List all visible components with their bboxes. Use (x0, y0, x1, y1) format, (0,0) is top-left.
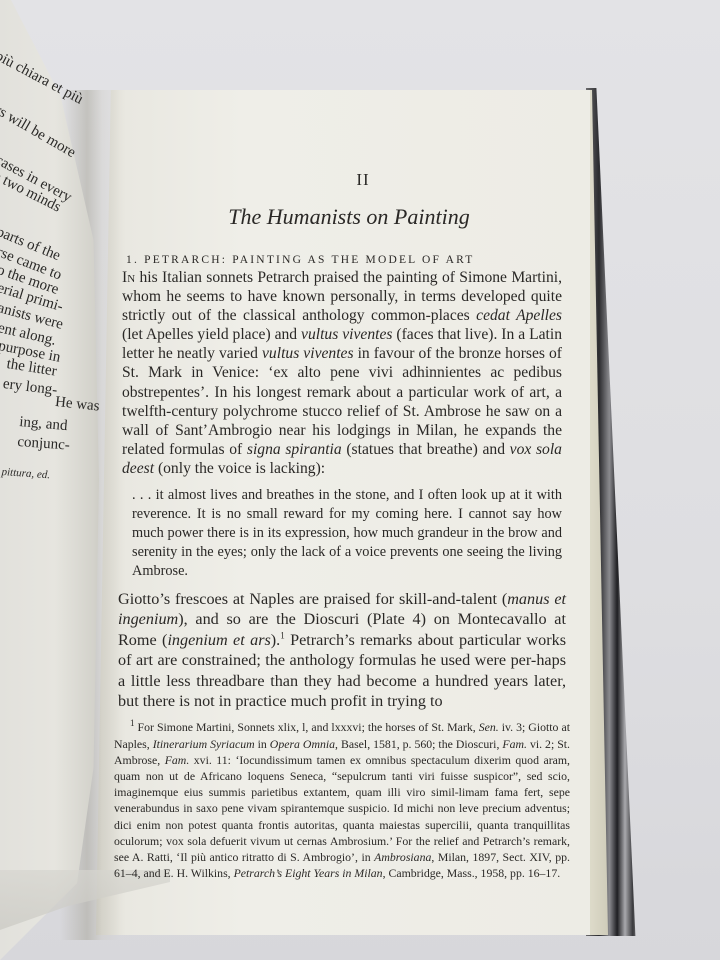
drop-cap: In (122, 269, 135, 286)
footnote: 1 For Simone Martini, Sonnets xlix, l, a… (114, 719, 570, 881)
body-paragraph-1: In his Italian sonnets Petrarch praised … (122, 268, 562, 478)
left-fragment: conjunc- (17, 434, 71, 455)
chapter-title: The Humanists on Painting (136, 204, 562, 230)
block-quote: . . . it almost lives and breathes in th… (132, 486, 562, 581)
right-page-content: II The Humanists on Painting 1. Petrarch… (122, 170, 562, 882)
body-paragraph-2: Giotto’s frescoes at Naples are praised … (118, 589, 566, 711)
chapter-number: II (164, 170, 562, 190)
section-heading: 1. Petrarch: Painting as the Model of Ar… (126, 254, 562, 266)
